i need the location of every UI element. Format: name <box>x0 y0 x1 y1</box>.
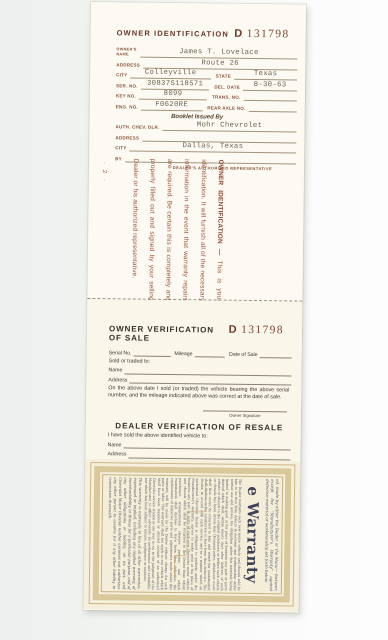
rear-axle-no-label: REAR AXLE NO. <box>202 105 248 112</box>
verification-doc-value: 131798 <box>241 324 284 337</box>
buyer-address-blank-line <box>129 374 291 385</box>
buyer-address-row: Address <box>108 374 291 385</box>
serial-no-value: 30837S118571 <box>141 79 210 90</box>
warranty-inner-frame: ed, made by either the Dealer or the Man… <box>101 474 283 594</box>
note-heading: OWNER IDENTIFICATION — <box>216 160 224 261</box>
buyer-address-label: Address <box>108 377 129 384</box>
rotated-warranty-text: ed, made by either the Dealer or the Man… <box>104 477 280 591</box>
serial-no-blank-line <box>133 348 170 357</box>
warranty-panel: ed, made by either the Dealer or the Man… <box>84 459 301 612</box>
verification-document-number: D 131798 <box>229 320 285 339</box>
owner-signature-block: Owner Signature <box>203 405 287 419</box>
dealer-city-label: CITY <box>115 145 129 151</box>
owner-id-header: OWNER IDENTIFICATION D 131798 <box>117 22 298 42</box>
auth-chev-dlr-label: AUTH. CHEV. DLR. <box>115 124 162 131</box>
warranty-heading: e Warranty <box>243 479 262 591</box>
resale-name-label: Name <box>108 442 124 449</box>
serial-mileage-date-row: Serial No. Mileage Date of Sale <box>109 347 292 358</box>
photo-background: OWNER IDENTIFICATION D 131798 OWNER'S NA… <box>0 0 388 640</box>
date-of-sale-blank-line <box>260 349 292 358</box>
rotated-owner-id-note: OWNER IDENTIFICATION — This is your iden… <box>123 158 231 301</box>
engine-no-label: ENG. NO. <box>116 104 141 110</box>
note-text: This is your identification. It will fur… <box>131 159 223 302</box>
state-value: Texas <box>234 70 297 81</box>
owner-identification-card: OWNER IDENTIFICATION D 131798 OWNER'S NA… <box>87 2 306 302</box>
document-number: D 131798 <box>234 24 290 43</box>
date-of-sale-field-label: Date of Sale <box>229 351 260 358</box>
serial-no-field-label: Serial No. <box>109 350 134 357</box>
warranty-fragment-top: ed, made by either the Dealer or the Man… <box>263 479 280 591</box>
key-no-value: 8099 <box>139 90 207 101</box>
rear-axle-no-value <box>249 101 297 112</box>
paper-crease-line <box>174 555 187 556</box>
verification-title: OWNER VERIFICATION OF SALE <box>109 324 229 343</box>
verification-doc-prefix: D <box>229 324 237 336</box>
key-no-label: KEY NO. <box>116 93 139 99</box>
owner-signature-line <box>203 405 287 413</box>
state-label: STATE <box>211 73 234 79</box>
paper-crease-line <box>187 511 205 512</box>
engine-no-value: F0620RE <box>141 100 202 111</box>
page-number-marker: · 2 · <box>101 162 107 183</box>
owner-address-label: ADDRESS <box>116 62 143 68</box>
owner-id-title: OWNER IDENTIFICATION <box>117 28 229 38</box>
delivery-date-value: 8-30-63 <box>243 80 297 91</box>
booklet-issued-by-heading: Booklet Issued By <box>116 113 279 121</box>
engine-axle-row: ENG. NO. F0620RE REAR AXLE NO. <box>116 100 297 112</box>
owner-name-label: OWNER'S NAME <box>116 47 140 57</box>
dealer-address-label: ADDRESS <box>115 135 142 141</box>
city-label: CITY <box>116 72 130 78</box>
document-number-value: 131798 <box>247 28 290 41</box>
mileage-field-label: Mileage <box>174 351 194 358</box>
sale-statement-text: On the above date I sold (or traded) the… <box>108 385 289 400</box>
mileage-blank-line <box>195 348 226 357</box>
by-label: BY <box>115 156 125 162</box>
city-value: Colleyville <box>130 68 210 79</box>
dealer-resale-title: DEALER VERIFICATION OF RESALE <box>108 421 291 432</box>
document-number-prefix: D <box>234 28 242 40</box>
trans-no-label: TRANS. NO. <box>207 94 244 100</box>
serial-no-label: SER. NO. <box>116 83 141 89</box>
verification-header: OWNER VERIFICATION OF SALE D 131798 <box>109 318 292 344</box>
warranty-booklet-paper: OWNER IDENTIFICATION D 131798 OWNER'S NA… <box>84 2 306 613</box>
owner-verification-of-sale-form: OWNER VERIFICATION OF SALE D 131798 Seri… <box>85 299 302 462</box>
trans-no-value <box>243 91 296 102</box>
owner-signature-caption: Owner Signature <box>203 413 287 419</box>
warranty-disclaimer-text: This warranty is expressly in lieu of al… <box>106 477 142 589</box>
delivery-date-label: DEL. DATE <box>209 84 243 90</box>
warranty-body-text: The Dealer warrants each new motor vehic… <box>142 478 242 591</box>
resale-address-label: Address <box>107 451 128 458</box>
buyer-name-label: Name <box>108 367 124 374</box>
